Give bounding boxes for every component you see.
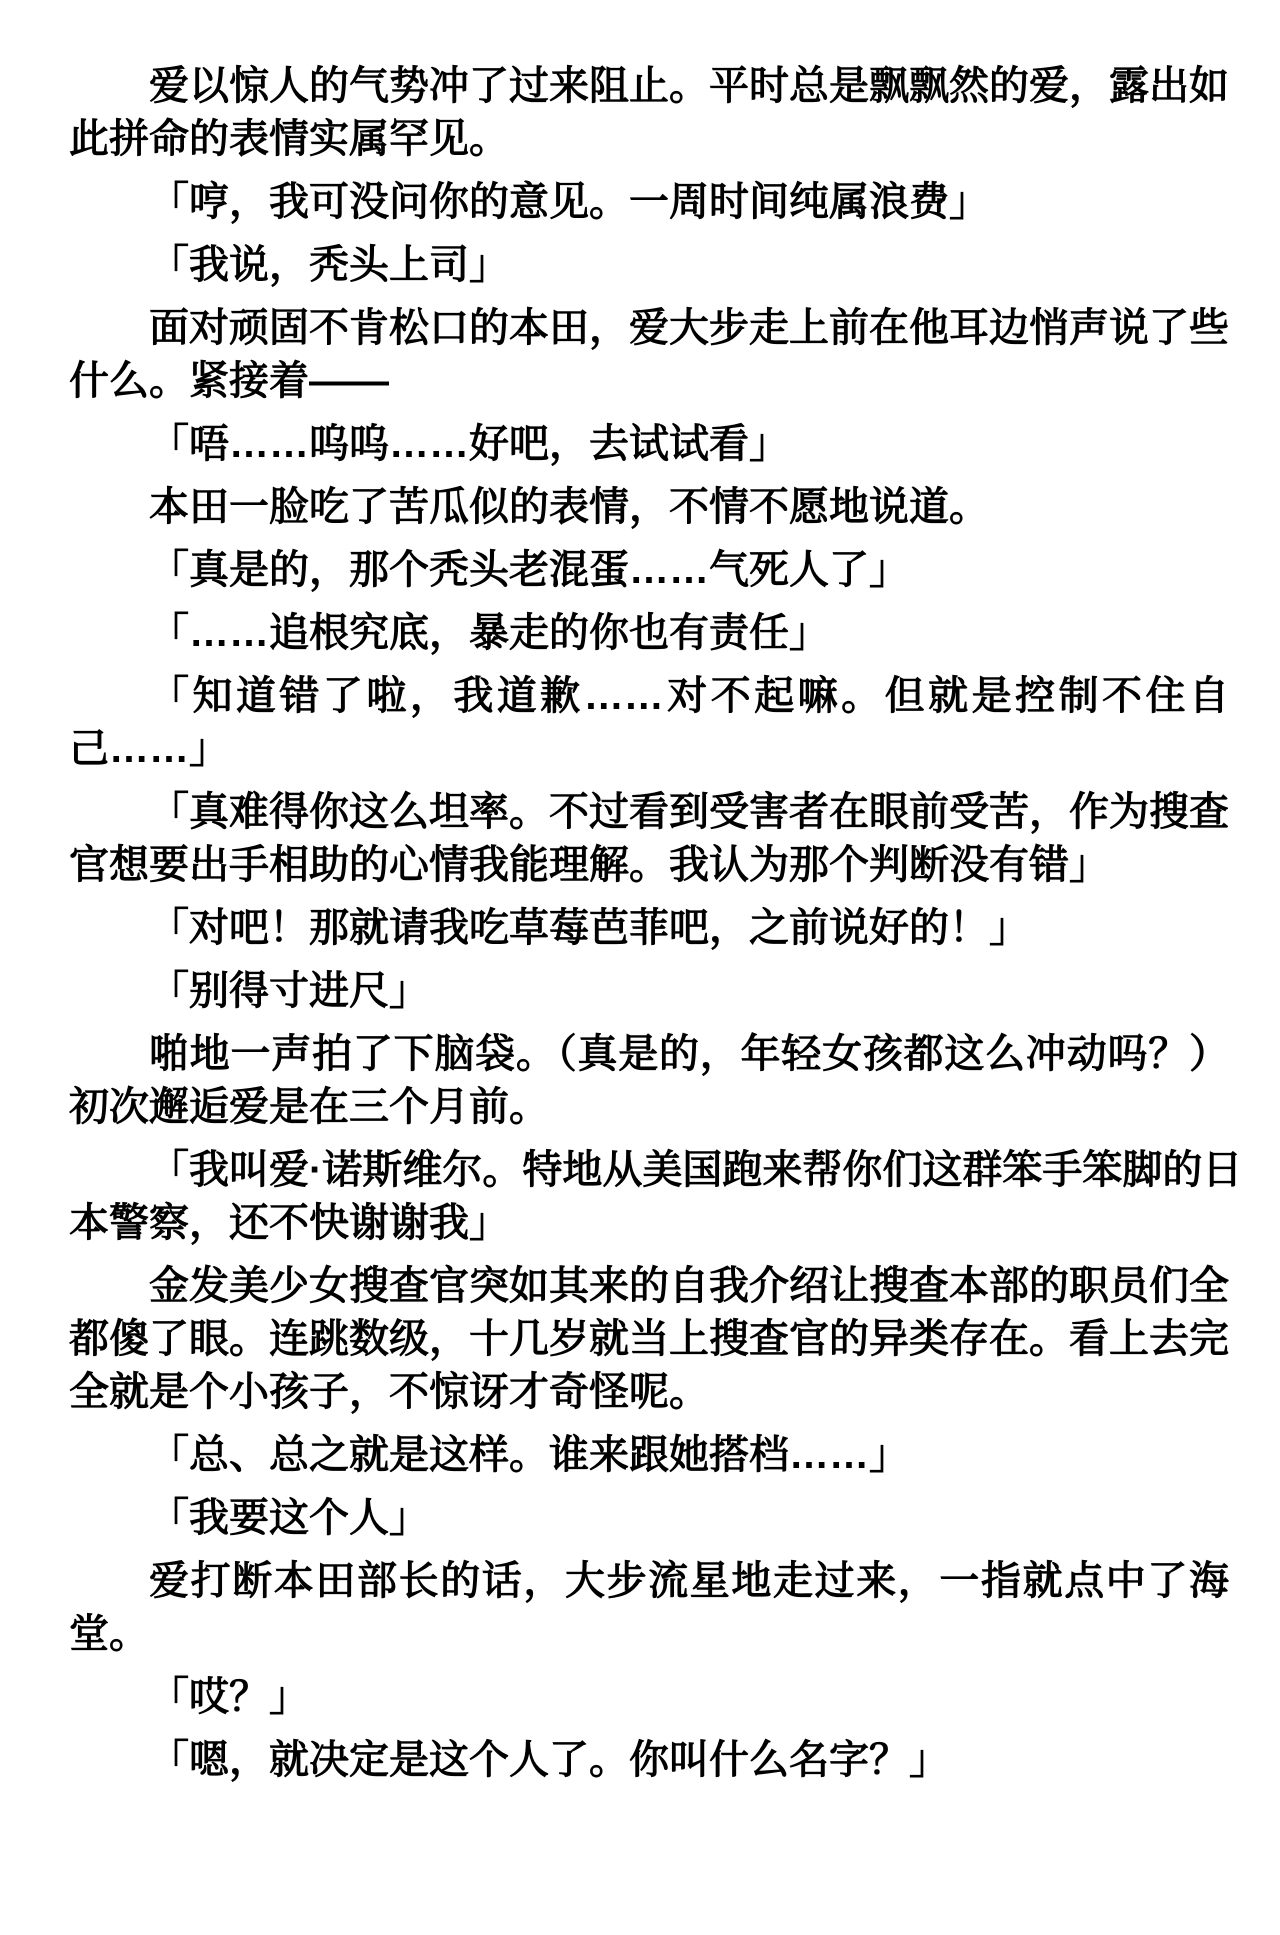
paragraph: 金发美少女搜查官突如其来的自我介绍让搜查本部的职员们全都傻了眼。连跳数级，十几岁… (69, 1260, 1229, 1419)
paragraph: 「嗯，就决定是这个人了。你叫什么名字？」 (69, 1734, 1229, 1787)
paragraph: 「知道错了啦，我道歉……对不起嘛。但就是控制不住自己……」 (69, 670, 1229, 776)
paragraph: 「哎？」 (69, 1671, 1229, 1724)
paragraph: 「我说，秃头上司」 (69, 239, 1229, 292)
text-line: 堂。 (69, 1608, 1229, 1661)
text-line: 「真难得你这么坦率。不过看到受害者在眼前受苦，作为搜查 (69, 786, 1229, 839)
text-line: 本警察，还不快谢谢我」 (69, 1197, 1229, 1250)
text-line: 初次邂逅爱是在三个月前。 (69, 1081, 1229, 1134)
paragraph: 「我叫爱·诺斯维尔。特地从美国跑来帮你们这群笨手笨脚的日本警察，还不快谢谢我」 (69, 1144, 1229, 1250)
text-line: 「知道错了啦，我道歉……对不起嘛。但就是控制不住自 (69, 670, 1229, 723)
paragraph: 爱以惊人的气势冲了过来阻止。平时总是飘飘然的爱，露出如此拼命的表情实属罕见。 (69, 60, 1229, 166)
text-line: 爱以惊人的气势冲了过来阻止。平时总是飘飘然的爱，露出如 (69, 60, 1229, 113)
paragraph: 「我要这个人」 (69, 1492, 1229, 1545)
novel-page: 爱以惊人的气势冲了过来阻止。平时总是飘飘然的爱，露出如此拼命的表情实属罕见。「哼… (0, 0, 1280, 1935)
text-line: 「真是的，那个秃头老混蛋……气死人了」 (69, 544, 1229, 597)
text-line: 此拼命的表情实属罕见。 (69, 113, 1229, 166)
text-line: 全就是个小孩子，不惊讶才奇怪呢。 (69, 1366, 1229, 1419)
text-line: 面对顽固不肯松口的本田，爱大步走上前在他耳边悄声说了些 (69, 302, 1229, 355)
text-line: 「哎？」 (69, 1671, 1229, 1724)
paragraph: 「哼，我可没问你的意见。一周时间纯属浪费」 (69, 176, 1229, 229)
paragraph: 本田一脸吃了苦瓜似的表情，不情不愿地说道。 (69, 481, 1229, 534)
paragraph: 「别得寸进尺」 (69, 965, 1229, 1018)
paragraph: 爱打断本田部长的话，大步流星地走过来，一指就点中了海堂。 (69, 1555, 1229, 1661)
paragraph: 啪地一声拍了下脑袋。（真是的，年轻女孩都这么冲动吗？）初次邂逅爱是在三个月前。 (69, 1028, 1229, 1134)
text-line: 什么。紧接着—— (69, 355, 1229, 408)
text-line: 「嗯，就决定是这个人了。你叫什么名字？」 (69, 1734, 1229, 1787)
text-body: 爱以惊人的气势冲了过来阻止。平时总是飘飘然的爱，露出如此拼命的表情实属罕见。「哼… (69, 60, 1229, 1787)
text-line: 本田一脸吃了苦瓜似的表情，不情不愿地说道。 (69, 481, 1229, 534)
text-line: 「别得寸进尺」 (69, 965, 1229, 1018)
text-line: 「我叫爱·诺斯维尔。特地从美国跑来帮你们这群笨手笨脚的日 (69, 1144, 1229, 1197)
text-line: 啪地一声拍了下脑袋。（真是的，年轻女孩都这么冲动吗？） (69, 1028, 1229, 1081)
text-line: 爱打断本田部长的话，大步流星地走过来，一指就点中了海 (69, 1555, 1229, 1608)
text-line: 「唔……呜呜……好吧，去试试看」 (69, 418, 1229, 471)
paragraph: 「总、总之就是这样。谁来跟她搭档……」 (69, 1429, 1229, 1482)
text-line: 官想要出手相助的心情我能理解。我认为那个判断没有错」 (69, 839, 1229, 892)
text-line: 都傻了眼。连跳数级，十几岁就当上搜查官的异类存在。看上去完 (69, 1313, 1229, 1366)
text-line: 「……追根究底，暴走的你也有责任」 (69, 607, 1229, 660)
paragraph: 「真难得你这么坦率。不过看到受害者在眼前受苦，作为搜查官想要出手相助的心情我能理… (69, 786, 1229, 892)
text-line: 「我要这个人」 (69, 1492, 1229, 1545)
text-line: 「总、总之就是这样。谁来跟她搭档……」 (69, 1429, 1229, 1482)
paragraph: 「真是的，那个秃头老混蛋……气死人了」 (69, 544, 1229, 597)
text-line: 「哼，我可没问你的意见。一周时间纯属浪费」 (69, 176, 1229, 229)
text-line: 「对吧！那就请我吃草莓芭菲吧，之前说好的！」 (69, 902, 1229, 955)
paragraph: 「……追根究底，暴走的你也有责任」 (69, 607, 1229, 660)
text-line: 己……」 (69, 723, 1229, 776)
text-line: 金发美少女搜查官突如其来的自我介绍让搜查本部的职员们全 (69, 1260, 1229, 1313)
text-line: 「我说，秃头上司」 (69, 239, 1229, 292)
paragraph: 面对顽固不肯松口的本田，爱大步走上前在他耳边悄声说了些什么。紧接着—— (69, 302, 1229, 408)
paragraph: 「对吧！那就请我吃草莓芭菲吧，之前说好的！」 (69, 902, 1229, 955)
paragraph: 「唔……呜呜……好吧，去试试看」 (69, 418, 1229, 471)
